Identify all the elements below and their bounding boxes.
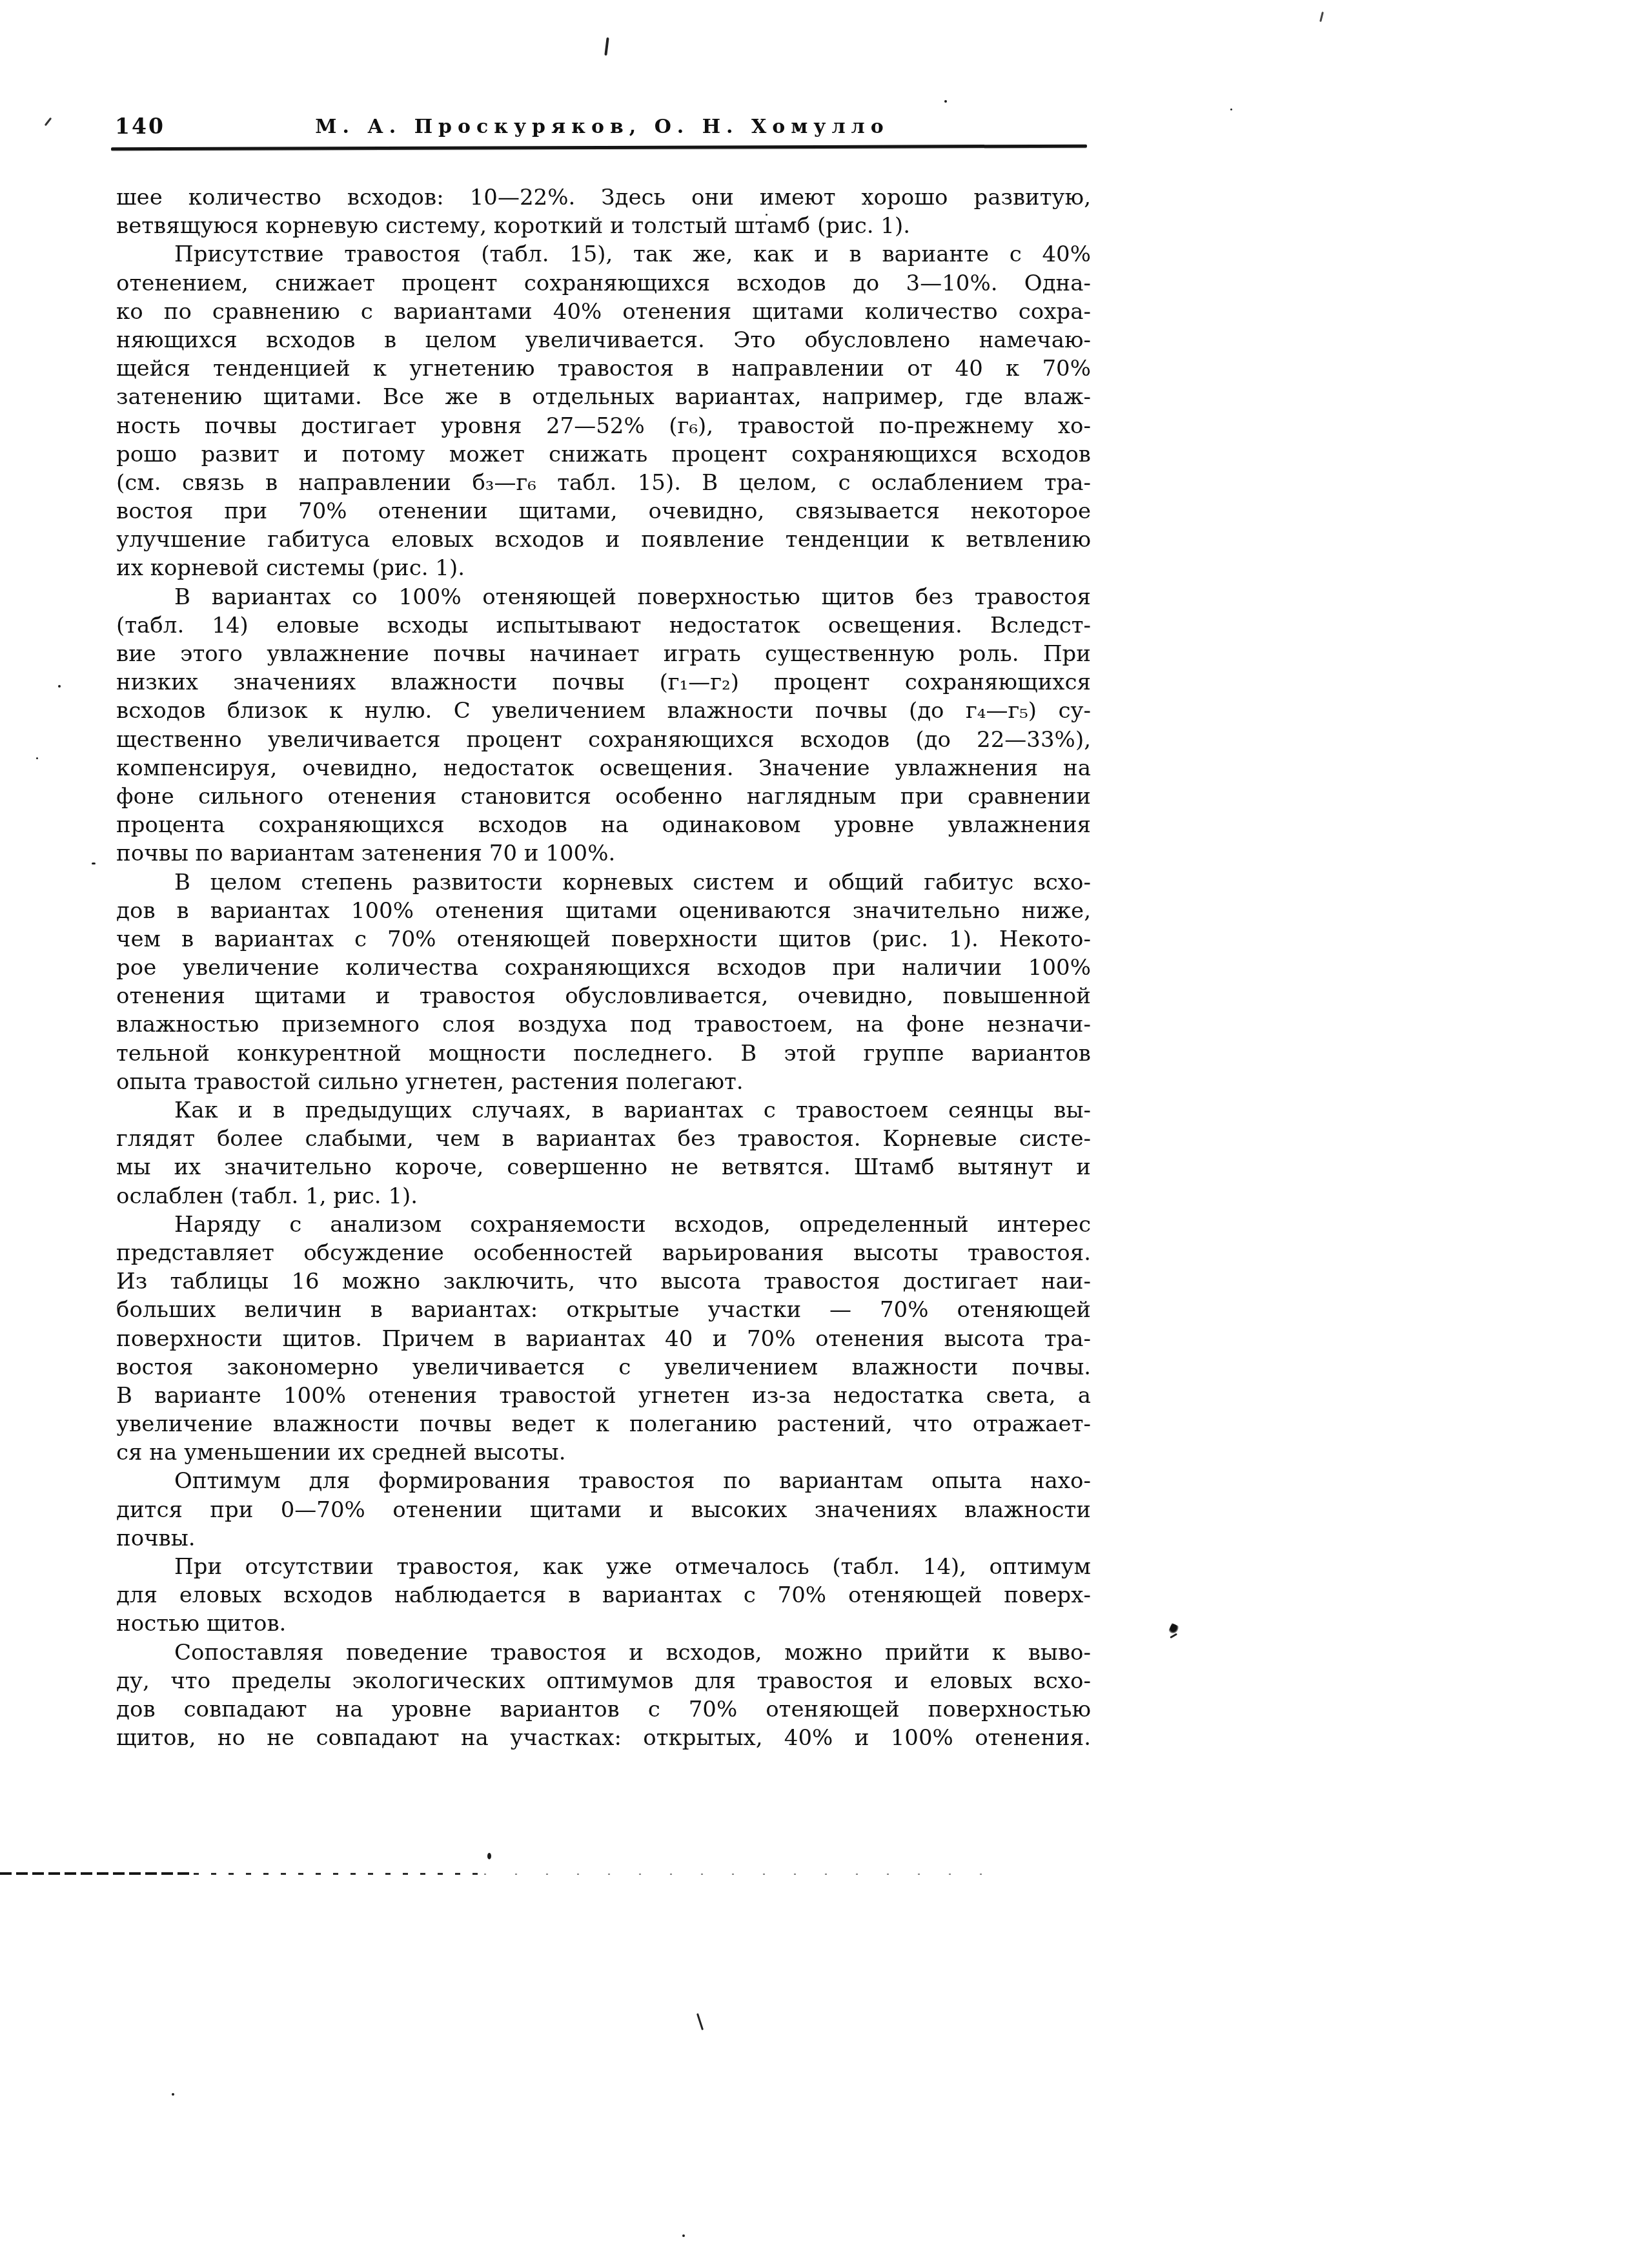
text-line: больших величин в вариантах: открытые уч… (116, 1296, 1091, 1324)
text-line: почвы по вариантам затенения 70 и 100%. (116, 839, 1091, 868)
text-line: представляет обсуждение особенностей вар… (116, 1239, 1091, 1267)
text-line: ду, что пределы экологических оптимумов … (116, 1667, 1091, 1695)
text-line: почвы. (116, 1524, 1091, 1553)
text-line: фоне сильного отенения становится особен… (116, 782, 1091, 811)
text-line: их корневой системы (рис. 1). (116, 554, 1091, 582)
text-line: (табл. 14) еловые всходы испытывают недо… (116, 611, 1091, 640)
text-line: глядят более слабыми, чем в вариантах бе… (116, 1125, 1091, 1153)
text-line: увеличение влажности почвы ведет к полег… (116, 1410, 1091, 1438)
scan-line-artifact (484, 1874, 994, 1875)
paragraph: Оптимум для формирования травостоя по ва… (116, 1467, 1091, 1553)
paragraph: При отсутствии травостоя, как уже отмеча… (116, 1553, 1091, 1639)
text-line: рошо развит и потому может снижать проце… (116, 440, 1091, 469)
text-line: дится при 0—70% отенении щитами и высоки… (116, 1496, 1091, 1524)
text-line: затенению щитами. Все же в отдельных вар… (116, 383, 1091, 411)
text-line: чем в вариантах с 70% отеняющей поверхно… (116, 925, 1091, 954)
scan-artifact (172, 2093, 174, 2096)
text-line: улучшение габитуса еловых всходов и появ… (116, 526, 1091, 554)
scan-artifact (682, 2234, 685, 2237)
scan-artifact (944, 100, 947, 103)
text-line: тельной конкурентной мощности последнего… (116, 1039, 1091, 1068)
text-line: щитов, но не совпадают на участках: откр… (116, 1724, 1091, 1752)
scan-artifact (487, 1853, 491, 1859)
text-line: отенения щитами и травостоя обусловливае… (116, 982, 1091, 1010)
text-line: востоя при 70% отенении щитами, очевидно… (116, 497, 1091, 526)
text-line: няющихся всходов в целом увеличивается. … (116, 326, 1091, 354)
text-line: ветвящуюся корневую систему, короткий и … (116, 212, 1091, 240)
text-line: мы их значительно короче, совершенно не … (116, 1153, 1091, 1181)
scan-artifact (1319, 12, 1324, 22)
scan-line-artifact (0, 1872, 194, 1875)
scan-artifact (36, 757, 38, 759)
text-line: При отсутствии травостоя, как уже отмеча… (116, 1553, 1091, 1581)
text-line: опыта травостой сильно угнетен, растения… (116, 1068, 1091, 1096)
text-line: Присутствие травостоя (табл. 15), так же… (116, 240, 1091, 269)
ink-smudge-artifact (1168, 1623, 1179, 1635)
header-rule (111, 145, 1087, 151)
text-line: В целом степень развитости корневых сист… (116, 868, 1091, 897)
text-line: востоя закономерно увеличивается с увели… (116, 1353, 1091, 1382)
text-line: Наряду с анализом сохраняемости всходов,… (116, 1211, 1091, 1239)
text-line: ко по сравнению с вариантами 40% отенени… (116, 298, 1091, 326)
text-line: ся на уменьшении их средней высоты. (116, 1438, 1091, 1467)
text-line: щейся тенденцией к угнетению травостоя в… (116, 354, 1091, 383)
text-line: процента сохраняющихся всходов на одинак… (116, 811, 1091, 839)
paragraph: В вариантах со 100% отеняющей поверхност… (116, 583, 1091, 868)
text-line: ослаблен (табл. 1, рис. 1). (116, 1182, 1091, 1211)
text-line: ность почвы достигает уровня 27—52% (г₆)… (116, 412, 1091, 440)
paragraph: Сопоставляя поведение травостоя и всходо… (116, 1639, 1091, 1753)
text-line: шее количество всходов: 10—22%. Здесь он… (116, 183, 1091, 212)
scanned-book-page: 140 М. А. Проскуряков, О. Н. Хомулло шее… (0, 0, 1646, 2268)
text-line: В варианте 100% отенения травостой угнет… (116, 1382, 1091, 1410)
text-line: рое увеличение количества сохраняющихся … (116, 954, 1091, 982)
text-line: В вариантах со 100% отеняющей поверхност… (116, 583, 1091, 611)
text-line: всходов близок к нулю. С увеличением вла… (116, 697, 1091, 725)
text-line: компенсируя, очевидно, недостаток освеще… (116, 754, 1091, 782)
paragraph: Как и в предыдущих случаях, в вариантах … (116, 1096, 1091, 1211)
text-line: Оптимум для формирования травостоя по ва… (116, 1467, 1091, 1495)
scan-artifact (766, 214, 767, 216)
scan-artifact (45, 117, 52, 127)
paragraph: Наряду с анализом сохраняемости всходов,… (116, 1211, 1091, 1467)
text-line: низких значениях влажности почвы (г₁—г₂)… (116, 668, 1091, 697)
text-line: дов в вариантах 100% отенения щитами оце… (116, 897, 1091, 925)
text-line: вие этого увлажнение почвы начинает игра… (116, 640, 1091, 668)
running-title: М. А. Проскуряков, О. Н. Хомулло (115, 116, 1090, 138)
text-line: (см. связь в направлении б₃—г₆ табл. 15)… (116, 469, 1091, 497)
scan-artifact (58, 685, 61, 688)
scan-artifact (604, 37, 609, 56)
text-line: поверхности щитов. Причем в вариантах 40… (116, 1325, 1091, 1353)
scan-line-artifact (194, 1873, 478, 1875)
text-line: Из таблицы 16 можно заключить, что высот… (116, 1267, 1091, 1296)
page-body: шее количество всходов: 10—22%. Здесь он… (116, 183, 1091, 1752)
text-line: влажностью приземного слоя воздуха под т… (116, 1010, 1091, 1039)
text-line: Как и в предыдущих случаях, в вариантах … (116, 1096, 1091, 1125)
text-line: Сопоставляя поведение травостоя и всходо… (116, 1639, 1091, 1667)
paragraph: В целом степень развитости корневых сист… (116, 868, 1091, 1097)
text-line: дов совпадают на уровне вариантов с 70% … (116, 1695, 1091, 1724)
text-line: ностью щитов. (116, 1609, 1091, 1638)
scan-artifact (696, 2013, 704, 2030)
scan-artifact (1230, 108, 1232, 110)
paragraph: Присутствие травостоя (табл. 15), так же… (116, 240, 1091, 582)
scan-artifact (92, 863, 96, 864)
paragraph: шее количество всходов: 10—22%. Здесь он… (116, 183, 1091, 240)
text-line: для еловых всходов наблюдается в вариант… (116, 1581, 1091, 1609)
text-line: щественно увеличивается процент сохраняю… (116, 726, 1091, 754)
text-line: отенением, снижает процент сохраняющихся… (116, 269, 1091, 298)
